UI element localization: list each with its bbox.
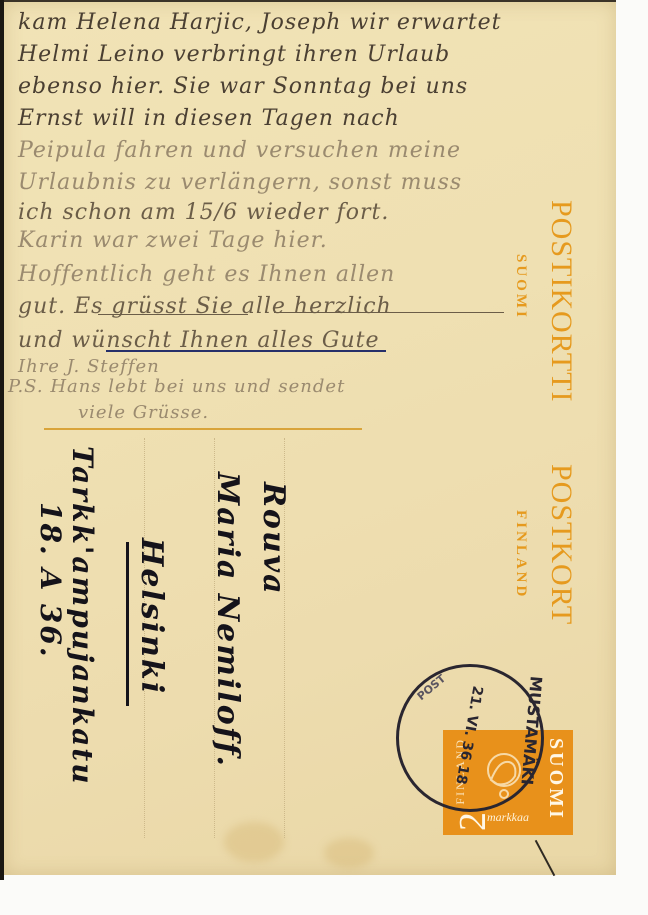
- address-street: Tarkk'ampujankatu: [66, 446, 99, 786]
- message-divider: [44, 428, 362, 430]
- address-city: Helsinki: [134, 538, 169, 695]
- underline: [106, 350, 386, 352]
- country-suomi: SUOMI: [512, 254, 529, 320]
- stamp-unit: markkaa: [487, 810, 529, 825]
- postmark-date: 21. VI. 36 18: [452, 684, 485, 785]
- city-underline: [126, 542, 129, 706]
- address-number: 18. A 36.: [34, 502, 67, 659]
- postcard: kam Helena Harjic, Joseph wir erwartet H…: [4, 2, 616, 875]
- message-line: Ernst will in diesen Tagen nach: [18, 106, 400, 131]
- stain: [224, 822, 284, 862]
- message-line: Ihre J. Steffen: [18, 356, 160, 377]
- message-line: kam Helena Harjic, Joseph wir erwartet: [18, 10, 502, 35]
- message-line: Peipula fahren und versuchen meine: [18, 138, 461, 163]
- title-postkort: POSTKORT: [544, 464, 578, 625]
- message-line: Hoffentlich geht es Ihnen allen: [18, 262, 395, 287]
- stain: [324, 838, 374, 868]
- title-postikortti: POSTIKORTTI: [544, 200, 578, 403]
- country-finland: FINLAND: [512, 510, 529, 599]
- ink-mark: [535, 840, 556, 876]
- message-line: Urlaubnis zu verlängern, sonst muss: [18, 170, 462, 195]
- message-line: ich schon am 15/6 wieder fort.: [18, 200, 389, 225]
- stamp-country: SUOMI: [544, 738, 567, 821]
- message-line: Helmi Leino verbringt ihren Urlaub: [18, 42, 450, 67]
- message-line: P.S. Hans lebt bei uns und sendet: [8, 376, 345, 397]
- postmark: MUSTAMÄKI 21. VI. 36 18 POST: [396, 664, 544, 812]
- address-name: Maria Nemiloff.: [210, 472, 245, 768]
- message-line: Karin war zwei Tage hier.: [18, 228, 328, 253]
- address-salutation: Rouva: [256, 482, 291, 596]
- postmark-extra: POST: [415, 672, 449, 703]
- message-line: ebenso hier. Sie war Sonntag bei uns: [18, 74, 468, 99]
- underline: [98, 314, 248, 315]
- underline: [274, 312, 504, 313]
- message-line: viele Grüsse.: [78, 402, 209, 423]
- message-line: gut. Es grüsst Sie alle herzlich: [18, 294, 392, 319]
